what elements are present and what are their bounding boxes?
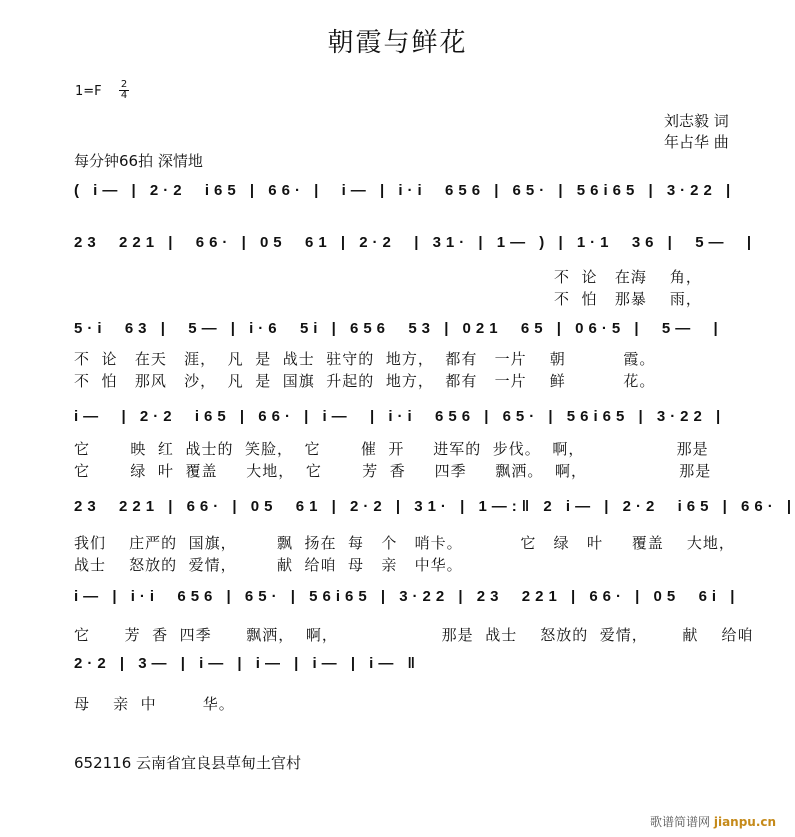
lyrics-row-4-verse-2: 它 绿 叶 覆盖 大地， 它 芳 香 四季 飘洒。 啊， 那是 [74, 460, 711, 481]
lyrics-row-2-verse-2: 不 怕 那暴 雨， [554, 288, 702, 309]
key-signature: 1=F [75, 84, 102, 99]
watermark-text: 歌谱简谱网 [650, 815, 710, 829]
notes-row-7: 2·2 | 3— | i— | i— | i— | i— ‖ [74, 655, 420, 672]
lyrics-row-6-verse-1: 它 芳 香 四季 飘洒， 啊， 那是 战士 怒放的 爱情， 献 给咱 [74, 624, 753, 645]
lyrics-row-7-verse-1: 母 亲 中 华。 [74, 693, 235, 714]
score-row-1: ( i— | 2·2 i65 | 66· | i— | i·i 656 | 65… [74, 182, 745, 212]
notes-row-4: i— | 2·2 i65 | 66· | i— | i·i 656 | 65· … [74, 408, 725, 425]
notes-row-6: i— | i·i 656 | 65· | 56i65 | 3·22 | 23 2… [74, 588, 739, 605]
score-row-5: 23 221 | 66· | 05 61 | 2·2 | 31· | 1—:‖ … [74, 498, 745, 528]
lyricist-credit: 刘志毅 词 [664, 110, 729, 131]
time-sig-top: 2 [119, 80, 129, 90]
notes-row-2: 23 221 | 66· | 05 61 | 2·2 | 31· | 1— ) … [74, 234, 756, 251]
lyrics-row-5-verse-2: 战士 怒放的 爱情， 献 给咱 母 亲 中华。 [74, 554, 463, 575]
score-row-6: i— | i·i 656 | 65· | 56i65 | 3·22 | 23 2… [74, 588, 745, 618]
time-signature: 2 4 [119, 80, 129, 101]
song-title: 朝霞与鲜花 [0, 22, 795, 59]
score-row-3: 5·i 63 | 5— | i·6 5i | 656 53 | 021 65 |… [74, 320, 745, 350]
composer-credit: 年占华 曲 [664, 131, 729, 152]
lyrics-row-3-verse-1: 不 论 在天 涯， 凡 是 战士 驻守的 地方， 都有 一片 朝 霞。 [74, 348, 655, 369]
watermark-site: jianpu.cn [714, 815, 776, 829]
lyrics-row-4-verse-1: 它 映 红 战士的 笑脸， 它 催 开 进军的 步伐。 啊， 那是 [74, 438, 709, 459]
time-sig-bottom: 4 [119, 90, 129, 101]
address-footer: 652116 云南省宜良县草甸土官村 [74, 752, 301, 773]
tempo-marking: 每分钟66拍 深情地 [74, 150, 203, 171]
lyrics-row-5-verse-1: 我们 庄严的 国旗， 飘 扬在 每 个 哨卡。 它 绿 叶 覆盖 大地， [74, 532, 735, 553]
lyrics-row-3-verse-2: 不 怕 那风 沙， 凡 是 国旗 升起的 地方， 都有 一片 鲜 花。 [74, 370, 655, 391]
watermark: 歌谱简谱网 jianpu.cn [650, 813, 776, 830]
notes-row-3: 5·i 63 | 5— | i·6 5i | 656 53 | 021 65 |… [74, 320, 723, 337]
notes-row-5: 23 221 | 66· | 05 61 | 2·2 | 31· | 1—:‖ … [74, 498, 795, 515]
lyrics-row-2-verse-1: 不 论 在海 角， [554, 266, 702, 287]
score-row-2: 23 221 | 66· | 05 61 | 2·2 | 31· | 1— ) … [74, 234, 745, 264]
notes-row-1: ( i— | 2·2 i65 | 66· | i— | i·i 656 | 65… [74, 182, 735, 199]
score-row-7: 2·2 | 3— | i— | i— | i— | i— ‖ 母 亲 中 华。 [74, 655, 745, 685]
score-row-4: i— | 2·2 i65 | 66· | i— | i·i 656 | 65· … [74, 408, 745, 438]
